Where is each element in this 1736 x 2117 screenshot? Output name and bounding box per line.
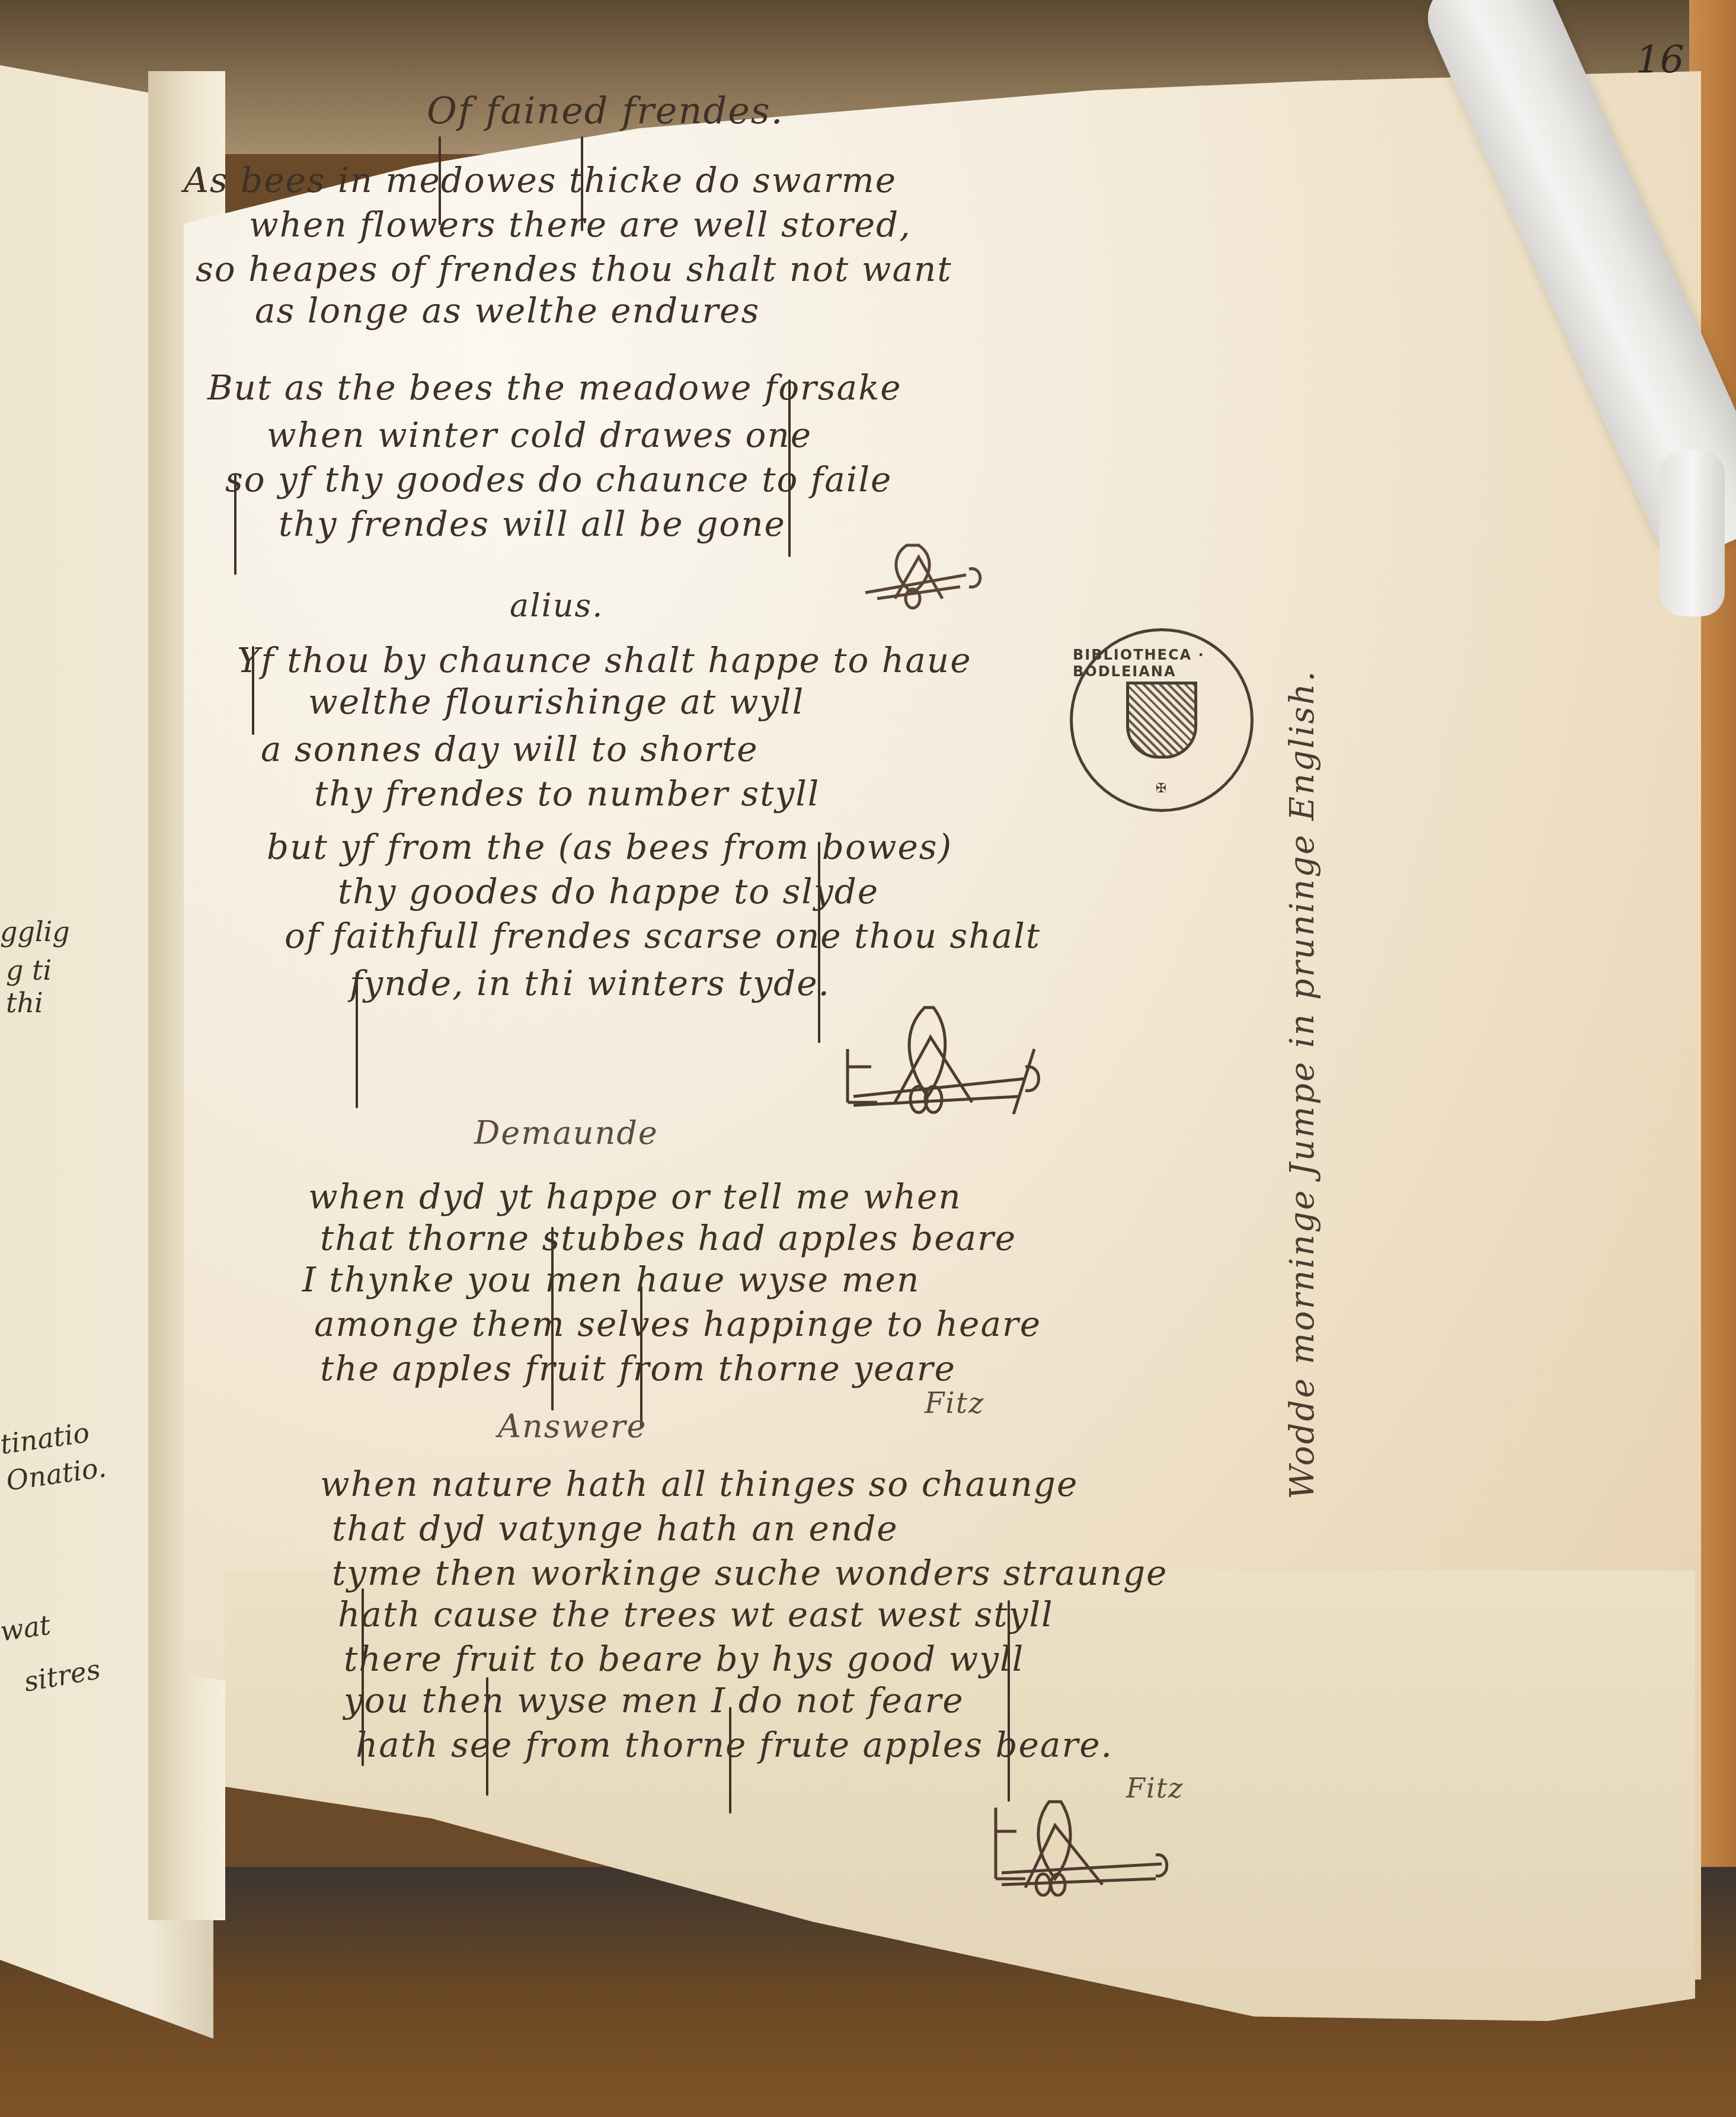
poem-line: thy frendes to number styll	[314, 773, 820, 814]
demaunde-line: the apples fruit from thorne yeare	[320, 1348, 956, 1389]
poem-line: thy goodes do happe to slyde	[338, 871, 879, 912]
left-page-fragment: gglig	[0, 916, 70, 948]
demaunde-initials: Fitz	[925, 1387, 984, 1420]
poem-line: when flowers there are well stored,	[249, 204, 912, 245]
long-s-stroke	[788, 379, 791, 557]
marginal-note: Wodde morninge Jumpe in pruninge English…	[1283, 670, 1322, 1499]
long-s-stroke	[234, 474, 236, 575]
poem-line: welthe flourishinge at wyll	[308, 682, 804, 722]
signature-monogram-icon	[830, 996, 1055, 1114]
signature-monogram-icon	[984, 1790, 1185, 1897]
answere-line: that dyd vatynge hath an ende	[332, 1508, 899, 1549]
long-s-stroke	[729, 1707, 731, 1814]
section-heading-answere: Answere	[498, 1408, 647, 1445]
demaunde-line: I thynke you men haue wyse men	[302, 1259, 920, 1300]
poem-line: so heapes of frendes thou shalt not want	[196, 249, 952, 289]
answere-line: hath cause the trees wt east west styll	[338, 1594, 1054, 1635]
poem-line: so yf thy goodes do chaunce to faile	[225, 459, 892, 500]
bodleian-library-stamp: BIBLIOTHECA · BODLEIANA ✠	[1070, 628, 1254, 812]
long-s-stroke	[1008, 1600, 1010, 1802]
poem-title: Of fained frendes.	[427, 89, 784, 132]
demaunde-line: that thorne stubbes had apples beare	[320, 1218, 1016, 1258]
poem-line: a sonnes day will to shorte	[261, 729, 759, 769]
poem-line: fynde, in thi winters tyde.	[350, 963, 830, 1003]
answere-line: hath see from thorne frute apples beare.	[356, 1725, 1113, 1765]
section-heading-demaunde: Demaunde	[474, 1114, 658, 1152]
long-s-stroke	[486, 1677, 488, 1796]
poem-line: Yf thou by chaunce shalt happe to haue	[237, 640, 971, 680]
poem-line: as longe as welthe endures	[255, 290, 760, 331]
left-page-fragment: g ti	[6, 954, 52, 986]
poem-line: but yf from the (as bees from bowes)	[267, 827, 952, 867]
manuscript-scene: gglig g ti thi tinatio Onatio. wat sitre…	[0, 0, 1736, 2117]
poem-line: As bees in medowes thicke do swarme	[184, 160, 897, 200]
answere-line: when nature hath all thinges so chaunge	[320, 1464, 1078, 1504]
poem-line: thy frendes will all be gone	[279, 504, 786, 544]
long-s-stroke	[252, 646, 254, 735]
long-s-stroke	[362, 1588, 364, 1766]
signature-monogram-icon	[842, 533, 996, 610]
stamp-cross-icon: ✠	[1073, 781, 1251, 796]
page-number: 16	[1636, 39, 1684, 82]
long-s-stroke	[356, 972, 358, 1108]
answere-line: tyme then workinge suche wonders straung…	[332, 1553, 1168, 1593]
answere-line: you then wyse men I do not feare	[344, 1680, 964, 1721]
long-s-stroke	[640, 1286, 642, 1428]
poem-line: when winter cold drawes one	[267, 415, 812, 455]
answere-line: there fruit to beare by hys good wyll	[344, 1639, 1024, 1679]
section-heading-alius: alius.	[510, 587, 603, 624]
demaunde-line: amonge them selves happinge to heare	[314, 1304, 1041, 1344]
long-s-stroke	[818, 842, 820, 1043]
demaunde-line: when dyd yt happe or tell me when	[308, 1176, 962, 1217]
book-strap-tail	[1660, 450, 1725, 616]
poem-line: of faithfull frendes scarse one thou sha…	[284, 916, 1041, 956]
left-page-fragment: thi	[6, 987, 43, 1019]
long-s-stroke	[551, 1227, 554, 1411]
poem-line: But as the bees the meadowe forsake	[207, 367, 902, 408]
